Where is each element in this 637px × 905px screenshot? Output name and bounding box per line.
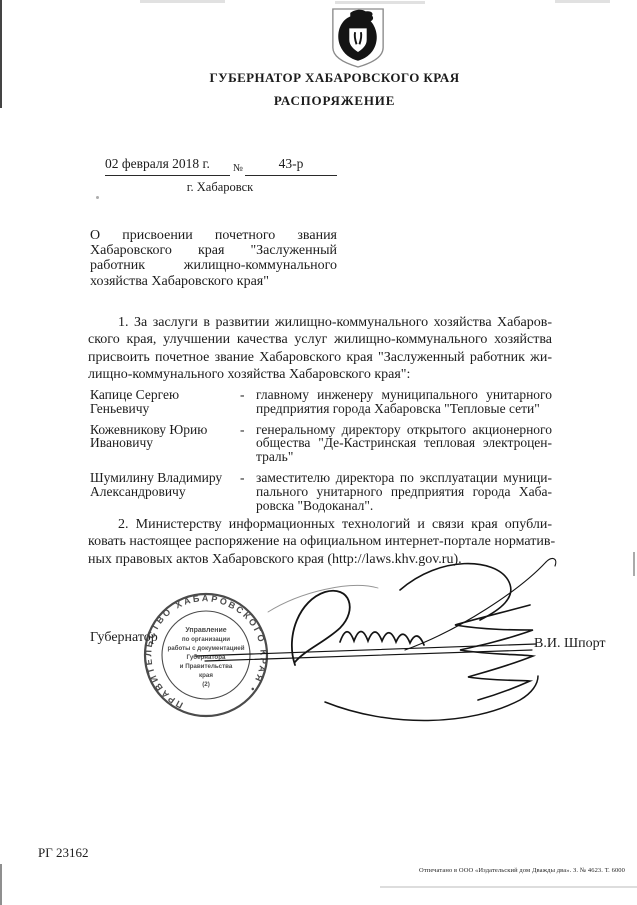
text-line: общества "Де-Кастринская тепловая электр…	[256, 436, 552, 450]
text-line: Ивановичу	[90, 436, 240, 450]
scan-artifact-smudge	[380, 886, 637, 888]
scan-artifact-smudge	[555, 0, 610, 3]
coat-of-arms-icon	[329, 6, 387, 70]
award-dash: -	[240, 388, 256, 416]
text-line: О присвоении почетного звания	[90, 228, 337, 243]
awardee-name: Кожевникову ЮриюИвановичу	[90, 423, 240, 464]
text-line: главному инженеру муниципального унитарн…	[256, 388, 552, 402]
place-value: г. Хабаровск	[105, 180, 335, 195]
awardee-name: Капице СергеюГеньевичу	[90, 388, 240, 416]
text-line: хозяйства Хабаровского края"	[90, 274, 337, 289]
award-row: Шумилину ВладимируАлександровичу - замес…	[90, 471, 552, 512]
scan-artifact-speck	[96, 196, 99, 199]
print-info: Отпечатано в ООО «Издательский дом Дважд…	[0, 867, 625, 874]
award-row: Капице СергеюГеньевичу - главному инжене…	[90, 388, 552, 416]
award-row: Кожевникову ЮриюИвановичу - генеральному…	[90, 423, 552, 464]
text-line: 1. За заслуги в развитии жилищно-коммуна…	[88, 314, 552, 331]
text-line: присвоить почетное звание Хабаровского к…	[88, 349, 552, 366]
award-title: главному инженеру муниципального унитарн…	[256, 388, 552, 416]
number-value: 43-р	[245, 156, 337, 176]
date-number-row: 02 февраля 2018 г.№43-р	[105, 156, 337, 176]
text-line: Геньевичу	[90, 402, 240, 416]
text-line: лищно-коммунального хозяйства Хабаровско…	[88, 366, 552, 383]
number-sign: №	[230, 163, 245, 176]
scan-artifact-smudge	[140, 0, 225, 3]
text-line: работник жилищно-коммунального	[90, 258, 337, 273]
doc-type-title: РАСПОРЯЖЕНИЕ	[16, 93, 637, 109]
text-line: пального унитарного предприятия города Х…	[256, 485, 552, 499]
award-title: заместителю директора по эксплуатации му…	[256, 471, 552, 512]
award-dash: -	[240, 423, 256, 464]
text-line: Кожевникову Юрию	[90, 423, 240, 437]
text-line: заместителю директора по эксплуатации му…	[256, 471, 552, 485]
document-page: ГУБЕРНАТОР ХАБАРОВСКОГО КРАЯ РАСПОРЯЖЕНИ…	[0, 0, 637, 905]
signature-icon	[100, 550, 570, 750]
subject-paragraph: О присвоении почетного званияХабаровског…	[90, 228, 337, 289]
text-line: ковать настоящее распоряжение на официал…	[88, 533, 552, 550]
text-line: Хабаровского края "Заслуженный	[90, 243, 337, 258]
scan-artifact-right-tick	[633, 552, 635, 576]
text-line: 2. Министерству информационных технологи…	[88, 516, 552, 533]
text-line: генеральному директору открытого акционе…	[256, 423, 552, 437]
text-line: ского края, улучшении качества услуг жил…	[88, 331, 552, 348]
awardee-name: Шумилину ВладимируАлександровичу	[90, 471, 240, 512]
reg-code: РГ 23162	[38, 845, 89, 861]
text-line: предприятия города Хабаровска "Тепловые …	[256, 402, 552, 416]
org-title: ГУБЕРНАТОР ХАБАРОВСКОГО КРАЯ	[16, 70, 637, 86]
body-paragraph-1: 1. За заслуги в развитии жилищно-коммуна…	[88, 314, 552, 383]
award-title: генеральному директору открытого акционе…	[256, 423, 552, 464]
text-line: Шумилину Владимиру	[90, 471, 240, 485]
text-line: траль"	[256, 450, 552, 464]
scan-artifact-left-edge-bottom	[0, 864, 2, 905]
scan-artifact-left-edge	[0, 0, 2, 108]
text-line: Александровичу	[90, 485, 240, 499]
award-dash: -	[240, 471, 256, 512]
text-line: ровска "Водоканал".	[256, 499, 552, 513]
text-line: Капице Сергею	[90, 388, 240, 402]
scan-artifact-smudge	[335, 1, 425, 4]
date-value: 02 февраля 2018 г.	[105, 156, 230, 176]
awards-list: Капице СергеюГеньевичу - главному инжене…	[90, 388, 552, 519]
